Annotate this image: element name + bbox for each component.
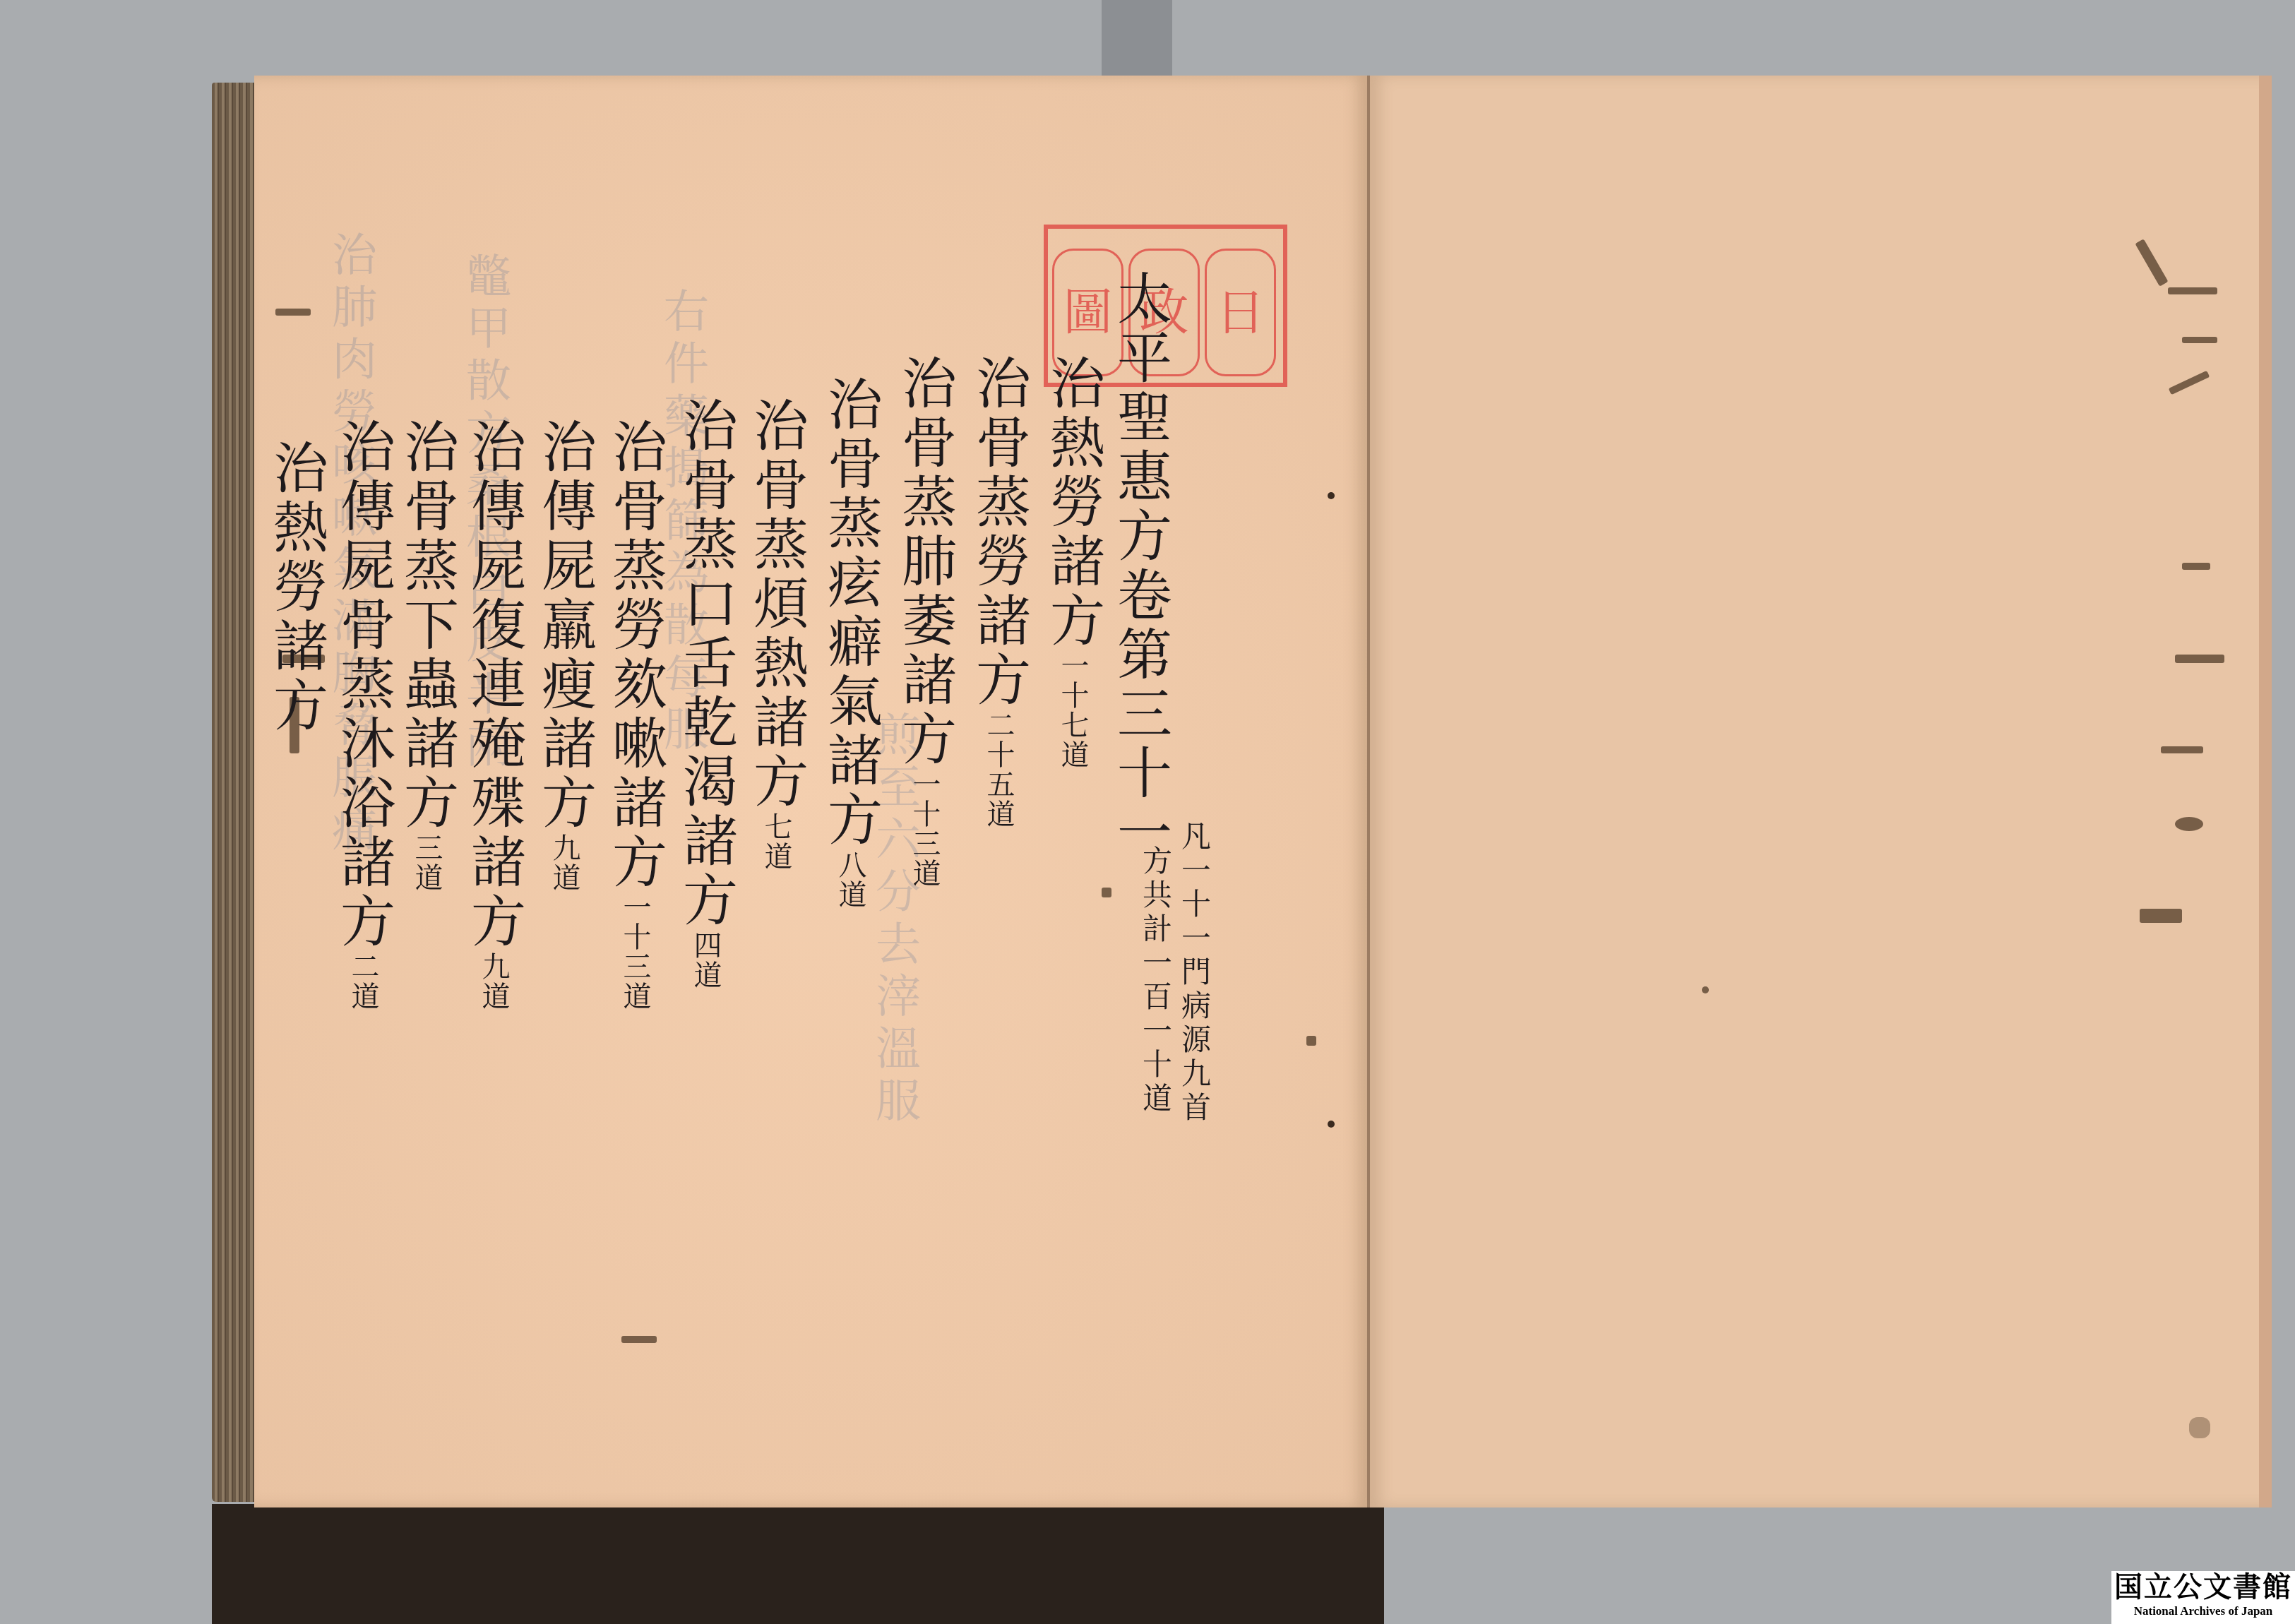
toc-entry: 治傳屍骨蒸沐浴諸方二道 bbox=[335, 418, 391, 1011]
toc-entry: 治骨蒸下蟲諸方三道 bbox=[399, 418, 454, 892]
entry-count: 九道 bbox=[548, 833, 580, 892]
toc-entry: 治傳屍羸瘦諸方九道 bbox=[537, 418, 592, 892]
toc-entry: 治骨蒸肺萎諸方一十三道 bbox=[897, 354, 952, 888]
scanner-background-band bbox=[1102, 0, 1172, 78]
wormhole-stain bbox=[2182, 563, 2210, 570]
toc-entry: 治熱勞諸方一十七道 bbox=[1045, 354, 1100, 770]
wormhole-stain bbox=[275, 309, 311, 316]
wormhole-stain bbox=[2169, 371, 2210, 395]
entry-title: 治傳屍羸瘦諸方 bbox=[532, 418, 596, 833]
wormhole-stain bbox=[2140, 909, 2182, 923]
entry-count: 四道 bbox=[689, 931, 722, 990]
right-page bbox=[1370, 76, 2270, 1507]
wormhole-stain bbox=[621, 1336, 657, 1343]
logo-english-text: National Archives of Japan bbox=[2111, 1604, 2295, 1619]
left-page: 治肺肉勞咳嗽氣滿胸脅脹痛 鼈甲散方桑根白皮半兩 右件藥搗篩為散每服 煎至六分去滓… bbox=[254, 76, 1368, 1507]
entry-title: 治熱勞諸方 bbox=[264, 439, 328, 736]
wormhole-stain bbox=[1702, 986, 1709, 993]
wormhole-stain bbox=[1102, 888, 1111, 897]
wormhole-stain bbox=[1306, 1036, 1316, 1046]
toc-entry: 治熱勞諸方 bbox=[268, 439, 323, 736]
book-cover-bottom bbox=[212, 1504, 1384, 1624]
entry-title: 治骨蒸煩熱諸方 bbox=[744, 397, 808, 812]
entry-title: 治骨蒸勞欬嗽諸方 bbox=[603, 418, 667, 892]
entry-count: 二十五道 bbox=[982, 710, 1015, 829]
national-archives-logo: 国立公文書館 National Archives of Japan bbox=[2111, 1571, 2295, 1624]
toc-entry: 治骨蒸煩熱諸方七道 bbox=[749, 397, 804, 871]
toc-entry: 治骨蒸勞諸方二十五道 bbox=[971, 354, 1026, 829]
entry-count: 一十七道 bbox=[1056, 651, 1089, 770]
wormhole-stain bbox=[2161, 746, 2203, 753]
page-edges bbox=[212, 83, 256, 1502]
entry-count: 九道 bbox=[477, 952, 510, 1011]
volume-subtitle-line-1: 凡一十一門病源九首 bbox=[1179, 820, 1209, 1174]
entry-title: 治骨蒸肺萎諸方 bbox=[893, 354, 956, 770]
entry-count: 八道 bbox=[834, 850, 866, 909]
binding-hole bbox=[1328, 1121, 1335, 1128]
entry-count: 七道 bbox=[760, 812, 792, 871]
wormhole-stain bbox=[2168, 287, 2217, 294]
entry-count: 一十三道 bbox=[619, 892, 651, 1011]
wormhole-stain bbox=[2175, 817, 2203, 831]
entry-count: 二道 bbox=[347, 952, 379, 1011]
wormhole-stain bbox=[2182, 337, 2217, 343]
toc-entry: 治傳屍復連殗殜諸方九道 bbox=[466, 418, 521, 1011]
seal-character: 日 bbox=[1205, 249, 1276, 376]
volume-subtitle-line-2: 方共計一百一十道 bbox=[1140, 845, 1170, 1198]
toc-entry: 治骨蒸口舌乾渴諸方四道 bbox=[678, 397, 733, 990]
entry-title: 治骨蒸口舌乾渴諸方 bbox=[674, 397, 737, 931]
wormhole-stain bbox=[2135, 239, 2168, 287]
entry-title: 治骨蒸痃癖氣諸方 bbox=[818, 376, 882, 850]
entry-count: 一十三道 bbox=[908, 770, 941, 888]
entry-title: 治傳屍復連殗殜諸方 bbox=[462, 418, 525, 952]
entry-title: 治骨蒸下蟲諸方 bbox=[395, 418, 458, 833]
wormhole-stain bbox=[2175, 655, 2224, 663]
binding-hole bbox=[1328, 492, 1335, 499]
logo-japanese-text: 国立公文書館 bbox=[2111, 1571, 2295, 1604]
right-page-edge bbox=[2259, 76, 2272, 1507]
toc-entry: 治骨蒸勞欬嗽諸方一十三道 bbox=[607, 418, 662, 1011]
wormhole-stain bbox=[2189, 1417, 2210, 1438]
entry-title: 治骨蒸勞諸方 bbox=[967, 354, 1030, 710]
entry-title: 治傳屍骨蒸沐浴諸方 bbox=[331, 418, 395, 952]
toc-entry: 治骨蒸痃癖氣諸方八道 bbox=[823, 376, 878, 909]
entry-title: 治熱勞諸方 bbox=[1041, 354, 1104, 651]
entry-count: 三道 bbox=[410, 833, 443, 892]
volume-title: 太平聖惠方卷第三十一 bbox=[1112, 270, 1167, 941]
open-book: 治肺肉勞咳嗽氣滿胸脅脹痛 鼈甲散方桑根白皮半兩 右件藥搗篩為散每服 煎至六分去滓… bbox=[212, 76, 2065, 1507]
